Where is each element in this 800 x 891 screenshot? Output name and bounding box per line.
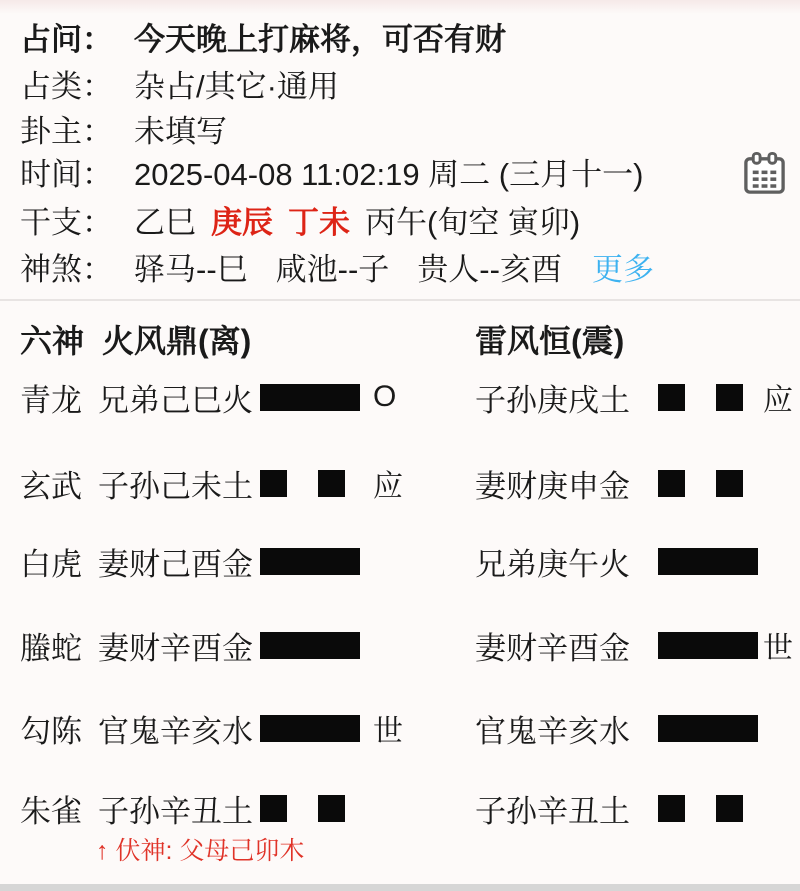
ask-label: 占问：	[20, 14, 134, 59]
ganzhi-day: 丁未	[288, 197, 350, 242]
sixgod-label: 玄武	[20, 461, 98, 506]
shi-marker: 世	[373, 706, 403, 750]
line-text: 妻财庚申金	[475, 461, 658, 506]
hexagram-line-symbol	[658, 715, 758, 742]
time-row: 时间： 2025-04-08 11:02:19 周二 (三月十一)	[20, 151, 780, 191]
shensha-yima: 驿马--巳	[134, 244, 248, 289]
hexagram-line-symbol	[658, 548, 758, 575]
line-text: 官鬼辛亥水	[475, 706, 658, 751]
line-text: 子孙庚戌土	[475, 375, 658, 420]
main-line-row-5: 玄武 子孙己未土 应	[20, 442, 465, 524]
sixgod-label: 螣蛇	[20, 623, 98, 668]
main-line-row-2: 勾陈 官鬼辛亥水 世	[20, 687, 465, 769]
ying-marker: 应	[763, 375, 793, 419]
changed-line-row-1: 子孙辛丑土	[475, 767, 795, 849]
line-text: 子孙己未土	[98, 461, 260, 506]
hexagram-line-symbol	[260, 715, 360, 742]
hexagram-line-symbol	[658, 384, 758, 411]
time-label: 时间：	[20, 149, 134, 194]
shensha-xianchi: 咸池--子	[276, 244, 390, 289]
hexagram-line-symbol	[658, 795, 758, 822]
master-label: 卦主：	[20, 106, 134, 151]
more-link[interactable]: 更多	[592, 244, 654, 289]
hexagram-line-symbol	[260, 384, 360, 411]
shi-marker: 世	[763, 623, 793, 667]
changed-hexagram-header: 雷风恒(震)	[475, 320, 624, 358]
changed-line-row-5: 妻财庚申金	[475, 442, 795, 524]
line-text: 兄弟庚午火	[475, 539, 658, 584]
main-line-row-3: 螣蛇 妻财辛酉金	[20, 604, 465, 686]
calendar-icon[interactable]	[741, 150, 788, 197]
shensha-value: 驿马--巳 咸池--子 贵人--亥酉 更多	[134, 244, 654, 289]
changed-line-row-6: 子孙庚戌土 应	[475, 356, 795, 438]
hexagram-line-symbol	[658, 470, 758, 497]
changed-line-row-4: 兄弟庚午火	[475, 520, 795, 602]
sixgod-label: 青龙	[20, 375, 98, 420]
changed-line-row-3: 妻财辛酉金 世	[475, 604, 795, 686]
time-value: 2025-04-08 11:02:19 周二 (三月十一)	[134, 149, 643, 194]
ying-marker: 应	[373, 461, 403, 505]
hexagram-line-symbol	[260, 632, 360, 659]
ganzhi-label: 干支：	[20, 197, 134, 242]
main-line-row-4: 白虎 妻财己酉金	[20, 520, 465, 602]
line-text: 子孙辛丑土	[98, 786, 260, 831]
main-hexagram-header: 六神 火风鼎(离)	[20, 320, 251, 358]
shensha-guiren: 贵人--亥酉	[417, 244, 562, 289]
ganzhi-value: 乙巳 庚辰 丁未 丙午(旬空 寅卯)	[134, 197, 595, 242]
fushen-note: ↑ 伏神: 父母己卯木	[96, 831, 304, 867]
sixgod-label: 白虎	[20, 539, 98, 584]
changed-line-row-2: 官鬼辛亥水	[475, 687, 795, 769]
line-text: 妻财辛酉金	[98, 623, 260, 668]
hexagram-line-symbol	[260, 795, 360, 822]
line-text: 妻财己酉金	[98, 539, 260, 584]
category-value: 杂占/其它·通用	[134, 61, 339, 106]
ganzhi-month: 庚辰	[211, 197, 273, 242]
ganzhi-year: 乙巳	[134, 197, 196, 242]
moving-line-marker: O	[373, 380, 396, 414]
line-text: 官鬼辛亥水	[98, 706, 260, 751]
liuyao-result-screen: 占问： 今天晚上打麻将，可否有财 占类： 杂占/其它·通用 卦主： 未填写 时间…	[0, 0, 800, 891]
line-text: 兄弟己巳火	[98, 375, 260, 420]
category-row: 占类： 杂占/其它·通用	[20, 63, 780, 103]
sixgod-label: 勾陈	[20, 706, 98, 751]
hexagram-line-symbol	[260, 548, 360, 575]
line-text: 子孙辛丑土	[475, 786, 658, 831]
hexagram-line-symbol	[260, 470, 360, 497]
master-value: 未填写	[134, 106, 227, 151]
line-text: 妻财辛酉金	[475, 623, 658, 668]
master-row: 卦主： 未填写	[20, 108, 780, 148]
sixgod-label: 朱雀	[20, 786, 98, 831]
ask-row: 占问： 今天晚上打麻将，可否有财	[20, 16, 780, 56]
shensha-row: 神煞： 驿马--巳 咸池--子 贵人--亥酉 更多	[20, 246, 780, 286]
main-line-row-6: 青龙 兄弟己巳火 O	[20, 356, 465, 438]
ganzhi-hour: 丙午(旬空 寅卯)	[365, 197, 580, 242]
shensha-label: 神煞：	[20, 244, 134, 289]
category-label: 占类：	[20, 61, 134, 106]
section-divider	[0, 299, 800, 301]
ganzhi-row: 干支： 乙巳 庚辰 丁未 丙午(旬空 寅卯)	[20, 199, 780, 239]
hexagram-line-symbol	[658, 632, 758, 659]
bottom-divider-bar	[0, 884, 800, 891]
ask-value: 今天晚上打麻将，可否有财	[134, 14, 506, 59]
